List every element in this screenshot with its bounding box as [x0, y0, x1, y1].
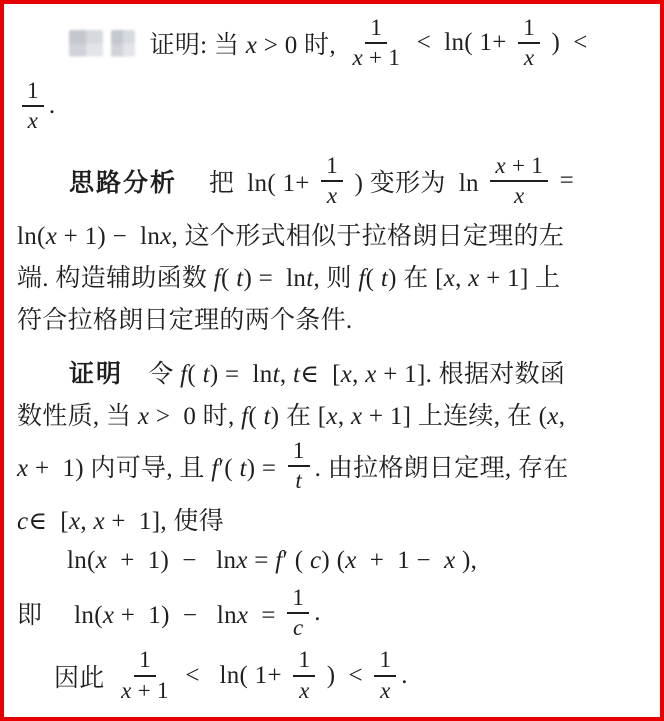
text-run: 把 ln( 1+ — [177, 163, 316, 199]
analysis-heading-line: 思路分析 把 ln( 1+ 1x ) 变形为 ln x + 1x = — [17, 150, 646, 213]
fraction-denominator: x — [294, 677, 315, 704]
math-variable: f — [358, 265, 365, 292]
math-variable: x — [547, 403, 558, 430]
analysis-line-3: 端. 构造辅助函数 f( t) = lnt, 则 f( t) 在 [x, x +… — [17, 255, 646, 297]
math-variable: f — [275, 547, 282, 574]
math-variable: x — [341, 361, 352, 388]
fraction-numerator: 1 — [518, 15, 540, 44]
fraction: 1t — [288, 438, 310, 495]
math-variable: x — [299, 678, 310, 703]
math-variable: x — [17, 455, 28, 482]
fraction-numerator: x + 1 — [490, 153, 548, 182]
text-run: = — [553, 167, 574, 195]
math-variable: x — [246, 32, 257, 59]
fraction: 1x — [293, 647, 315, 704]
math-variable: x — [28, 108, 39, 133]
fraction: 1x — [374, 647, 396, 704]
math-variable: x — [121, 678, 132, 703]
text-run: . — [314, 599, 321, 627]
fraction-denominator: t — [290, 467, 307, 494]
text-run: . — [401, 662, 408, 690]
math-variable: f — [214, 265, 221, 292]
fraction-numerator: 1 — [288, 438, 310, 467]
fraction-denominator: x + 1 — [116, 677, 174, 704]
fraction: x + 1x — [490, 153, 548, 210]
analysis-line-2: ln(x + 1) − lnx, 这个形式相似于拉格朗日定理的左 — [17, 213, 646, 255]
text-run: ln(x + 1) − lnx = f′ ( c) (x + 1 − x ), — [67, 547, 477, 575]
math-variable: x — [495, 153, 506, 178]
math-variable: c — [17, 508, 28, 535]
fraction-denominator: x — [23, 107, 44, 134]
math-variable: c — [293, 615, 304, 640]
math-variable: t — [295, 468, 302, 493]
math-variable: c — [310, 547, 321, 574]
text-run: 证明: 当 x > 0 时, — [143, 25, 342, 61]
math-variable: x — [444, 265, 455, 292]
fraction-numerator: 1 — [365, 15, 387, 44]
fraction-numerator: 1 — [374, 647, 396, 676]
document-content: 证明: 当 x > 0 时, 1x + 1 < ln( 1+ 1x ) <1x.… — [17, 12, 646, 707]
math-variable: f — [180, 361, 187, 388]
text-run: 端. 构造辅助函数 f( t) = lnt, 则 f( t) 在 [x, x +… — [17, 258, 560, 294]
text-run: < ln( 1+ — [410, 29, 513, 57]
fraction-denominator: x — [322, 182, 343, 209]
text-run: . — [49, 92, 56, 120]
text-run: ) < — [545, 29, 588, 57]
math-variable: x — [236, 547, 247, 574]
math-variable: x — [524, 45, 535, 70]
math-variable: x — [468, 265, 479, 292]
math-variable: x — [96, 547, 107, 574]
fraction-numerator: 1 — [22, 78, 44, 107]
math-variable: t — [236, 265, 243, 292]
text-run: 令 f( t) = lnt, t∈ [x, x + 1]. 根据对数函 — [123, 354, 565, 390]
section-heading: 证明 — [69, 354, 123, 390]
math-variable: t — [264, 403, 271, 430]
text-run: 数性质, 当 x > 0 时, f( t) 在 [x, x + 1] 上连续, … — [17, 396, 565, 432]
math-variable: x — [444, 547, 455, 574]
problem-statement-line-1: 证明: 当 x > 0 时, 1x + 1 < ln( 1+ 1x ) < — [17, 12, 646, 75]
fraction-numerator: 1 — [321, 153, 343, 182]
math-variable: t — [306, 265, 313, 292]
document-page: 证明: 当 x > 0 时, 1x + 1 < ln( 1+ 1x ) <1x.… — [0, 0, 664, 721]
math-variable: t — [293, 361, 300, 388]
math-variable: t — [273, 361, 280, 388]
text-run: c∈ [x, x + 1], 使得 — [17, 501, 224, 537]
fraction-denominator: x — [375, 677, 396, 704]
math-variable: x — [345, 547, 356, 574]
fraction-numerator: 1 — [293, 647, 315, 676]
fraction: 1x + 1 — [116, 647, 174, 704]
fraction-denominator: x — [519, 44, 540, 71]
math-variable: x — [380, 678, 391, 703]
proof-line-3: x + 1) 内可导, 且 f′( t) = 1t. 由拉格朗日定理, 存在 — [17, 435, 646, 498]
section-heading: 思路分析 — [69, 163, 177, 199]
proof-line-4: c∈ [x, x + 1], 使得 — [17, 498, 646, 540]
math-variable: x — [138, 403, 149, 430]
text-run: x + 1) 内可导, 且 f′( t) = — [17, 448, 283, 484]
math-variable: x — [160, 223, 171, 250]
fraction: 1x — [321, 153, 343, 210]
conclusion-line: 因此 1x + 1 < ln( 1+ 1x ) < 1x. — [17, 644, 646, 707]
math-variable: x — [327, 183, 338, 208]
equation-line: ln(x + 1) − lnx = f′ ( c) (x + 1 − x ), — [17, 540, 646, 582]
fraction: 1x — [22, 78, 44, 135]
problem-statement-line-2: 1x. — [17, 75, 646, 138]
math-variable: x — [93, 508, 104, 535]
text-run: ) < — [320, 662, 369, 690]
text-run: 因此 — [54, 658, 111, 694]
redacted-label — [111, 30, 135, 57]
math-variable: x — [514, 183, 525, 208]
text-run: 符合拉格朗日定理的两个条件. — [17, 300, 352, 336]
redacted-label — [69, 30, 103, 57]
math-variable: f — [211, 455, 218, 482]
fraction-numerator: 1 — [134, 647, 156, 676]
math-variable: x — [326, 403, 337, 430]
math-variable: x — [103, 602, 114, 629]
fraction-denominator: c — [288, 614, 309, 641]
proof-line-2: 数性质, 当 x > 0 时, f( t) 在 [x, x + 1] 上连续, … — [17, 393, 646, 435]
text-run: < ln( 1+ — [179, 662, 289, 690]
math-variable: t — [239, 455, 246, 482]
text-run: ) 变形为 ln — [348, 163, 485, 199]
math-variable: f — [241, 403, 248, 430]
text-run: . 由拉格朗日定理, 存在 — [315, 448, 569, 484]
math-variable: t — [381, 265, 388, 292]
math-variable: x — [351, 403, 362, 430]
fraction: 1x + 1 — [347, 15, 405, 72]
text-run: 即 ln(x + 1) − lnx = — [17, 595, 282, 631]
math-variable: x — [365, 361, 376, 388]
math-variable: x — [237, 602, 248, 629]
math-variable: x — [46, 223, 57, 250]
fraction: 1x — [518, 15, 540, 72]
fraction-denominator: x + 1 — [347, 44, 405, 71]
analysis-line-4: 符合拉格朗日定理的两个条件. — [17, 297, 646, 339]
proof-heading-line: 证明 令 f( t) = lnt, t∈ [x, x + 1]. 根据对数函 — [17, 351, 646, 393]
math-variable: t — [203, 361, 210, 388]
fraction-numerator: 1 — [287, 585, 309, 614]
math-variable: x — [352, 45, 363, 70]
fraction: 1c — [287, 585, 309, 642]
result-line: 即 ln(x + 1) − lnx = 1c. — [17, 582, 646, 645]
fraction-denominator: x — [509, 182, 530, 209]
math-variable: x — [69, 508, 80, 535]
text-run: ln(x + 1) − lnx, 这个形式相似于拉格朗日定理的左 — [17, 216, 564, 252]
